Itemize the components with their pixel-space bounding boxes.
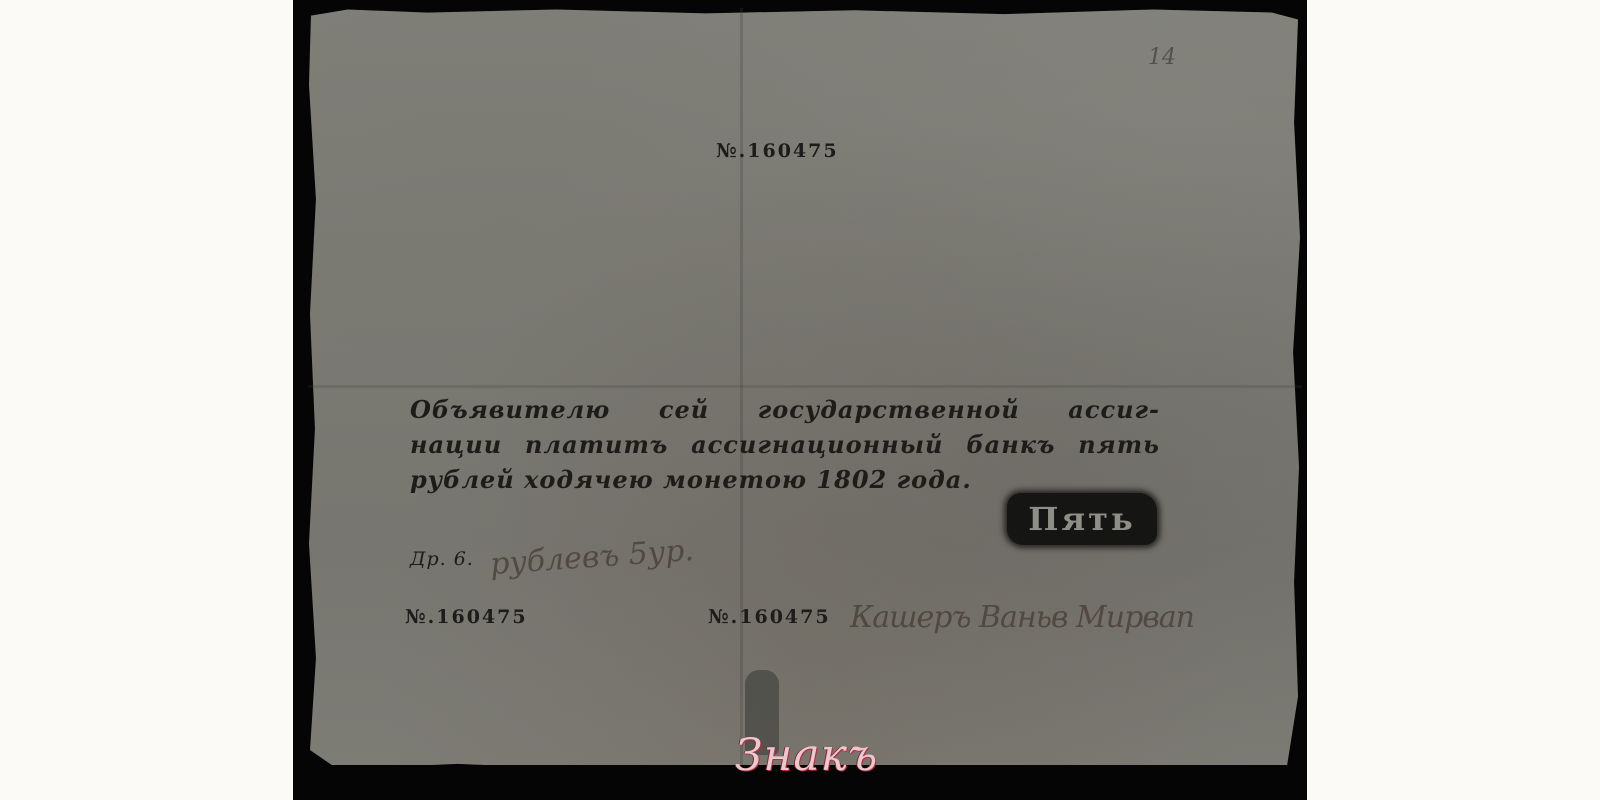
serial-number-bottom-middle: №.160475 [708,606,831,628]
inscription-line-3: рублей ходячею монетою 1802 года. [410,462,1160,497]
corner-handwritten-note: 14 [1148,45,1176,70]
watermark-logo: Знакъ [735,730,878,781]
serial-number-bottom-left: №.160475 [405,606,528,628]
denomination-stamp: Пять [1007,493,1157,545]
handwritten-signature: Кашеръ Ваньв Мирвап [850,600,1194,635]
banknote [308,8,1302,773]
inscription-line-1: Объявителю сей государственной ассиг- [410,392,1160,427]
main-inscription: Объявителю сей государственной ассиг- на… [410,392,1160,497]
denomination-text: Пять [1028,500,1135,538]
vertical-fold-line [740,8,743,773]
series-label: Др. 6. [410,548,474,570]
inscription-line-2: нации платитъ ассигнационный банкъ пять [410,427,1160,462]
horizontal-fold-line [308,385,1302,388]
serial-number-top: №.160475 [716,140,839,162]
